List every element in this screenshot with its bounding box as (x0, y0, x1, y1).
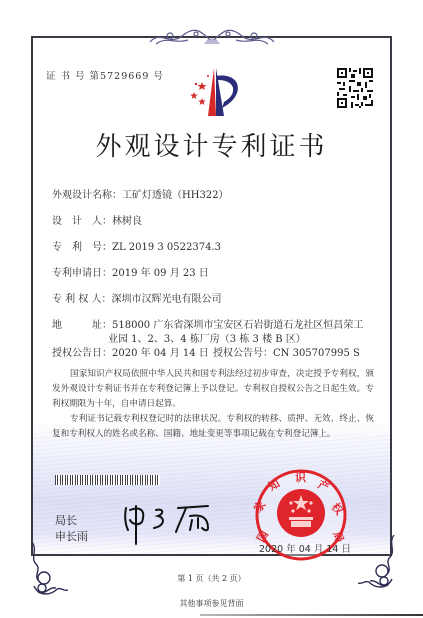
corner-ornament-icon (358, 535, 398, 595)
field-label: 授权公告号： (213, 348, 273, 359)
field-label: 外观设计名称： (52, 186, 122, 201)
field-label: 专利申请日： (52, 264, 112, 279)
page-title: 外观设计专利证书 (0, 126, 423, 163)
page-indicator: 第 1 页（共 2 页） (0, 573, 423, 584)
field-label: 地 址： (52, 316, 112, 331)
seal-date: 2020 年 04 月 14 日 (259, 541, 351, 555)
field-value: 2020 年 04 月 14 日 (112, 348, 209, 359)
field-value: 2019 年 09 月 23 日 (112, 268, 209, 279)
field-label: 专 利 权 人： (52, 290, 112, 305)
svg-text:识: 识 (295, 470, 307, 484)
field-application-date: 专利申请日：2019 年 09 月 23 日 (52, 264, 209, 279)
qr-code-icon[interactable] (335, 66, 375, 110)
body-paragraph: 国家知识产权局依照中华人民共和国专利法经过初步审查，决定授予专利权，颁发外观设计… (52, 367, 374, 412)
field-label: 设 计 人： (52, 212, 112, 227)
signatory-title: 局长 (55, 512, 77, 528)
cnipa-logo-icon (180, 62, 250, 118)
field-designer: 设 计 人：林树良 (52, 212, 142, 227)
field-design-name: 外观设计名称：工矿灯透镜（HH322） (52, 186, 229, 201)
body-paragraph: 专利证书记载专利权登记时的法律状况。专利权的转移、质押、无效、终止、恢复和专利权… (52, 412, 374, 442)
top-ornament-icon (148, 26, 276, 48)
divider (200, 614, 423, 616)
barcode (55, 475, 160, 485)
field-address: 地 址：518000 广东省深圳市宝安区石岩街道石龙社区恒昌荣工 (52, 316, 363, 331)
field-label: 授权公告日： (52, 344, 112, 359)
field-value: 深圳市汉辉光电有限公司 (112, 294, 222, 305)
field-label: 专 利 号： (52, 238, 112, 253)
field-patent-number: 专 利 号：ZL 2019 3 0522374.3 (52, 238, 221, 253)
corner-ornament-icon (28, 542, 68, 602)
field-value: 林树良 (112, 216, 142, 227)
back-side-note: 其他事项参见背面 (0, 598, 423, 609)
handwritten-signature-icon (120, 500, 215, 546)
field-value: ZL 2019 3 0522374.3 (112, 242, 221, 253)
signatory-name: 申长雨 (55, 528, 88, 544)
field-value: 工矿灯透镜（HH322） (122, 190, 229, 201)
field-value: CN 305707995 S (273, 348, 360, 359)
certificate-number: 证 书 号 第5729669 号 (46, 68, 164, 82)
field-announcement-date: 授权公告日：2020 年 04 月 14 日 (52, 344, 209, 359)
field-patentee: 专 利 权 人：深圳市汉辉光电有限公司 (52, 290, 222, 305)
address-line-2: 业园 1、2、3、4 栋厂房（3 栋 3 楼 B 区） (108, 330, 306, 345)
field-announcement-number: 授权公告号：CN 305707995 S (213, 344, 360, 359)
